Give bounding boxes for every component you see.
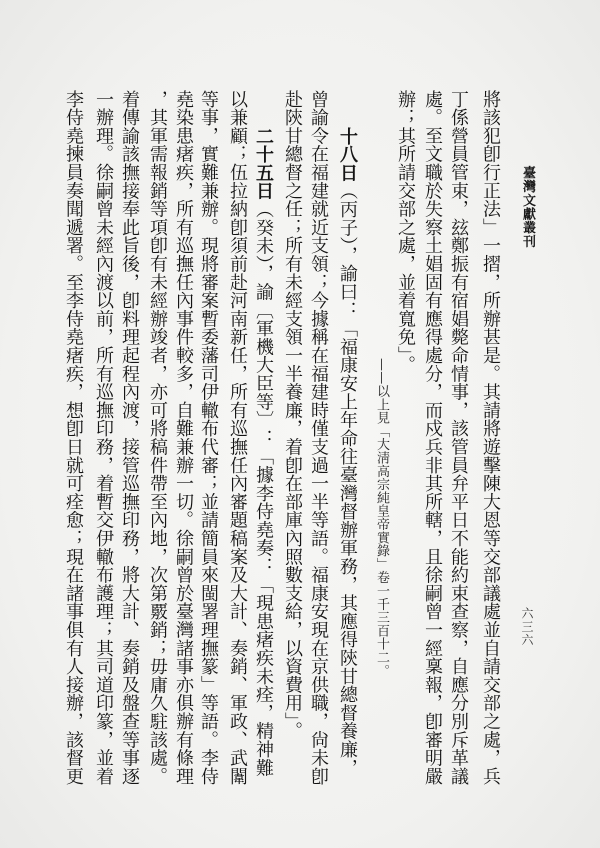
- text-column-13: 着傳諭該撫接奉此旨後，卽料理起程內渡，接管巡撫印務，將大計、奏銷及盤查等事逐: [118, 90, 140, 785]
- text-column-9: 以兼顧；伍拉納卽須前赴河南新任，所有巡撫任內審題稿案及大計、奏銷、軍政、武闈: [226, 90, 248, 785]
- scanned-page: 臺灣文獻叢刊 六三六 將該犯卽行正法」一摺，所辦甚是。其請將遊擊陳大恩等交部議處…: [0, 0, 600, 848]
- entry-25th-day: 二十五日（癸未），諭〔軍機大臣等〕：「據李侍堯奏：「現患瘏疾未痊，精神難: [252, 127, 274, 777]
- text-column-15: 李侍堯揀員奏聞遞署。至李侍堯瘏疾，想卽日就可痊愈；現在諸事俱有人接辦，該督更: [62, 90, 84, 785]
- text-column-7: 赴陝甘總督之任；所有未經支領一半養廉，着卽在部庫內照數支給，以資費用」。: [281, 90, 303, 740]
- text-column-3: 處。至文職於失察土娼固有應得處分，而戍兵非其所轄，且徐嗣曾一經稟報，卽審明嚴: [421, 90, 443, 785]
- entry-text: （癸未），諭〔軍機大臣等〕：「據李侍堯奏：「現患瘏疾未痊，精神難: [253, 200, 274, 777]
- text-column-12: ，其軍需報銷等項卽有未經辦竣者，亦可將稿件帶至內地，次第覈銷；毋庸久駐該處。: [146, 90, 168, 785]
- date-heading: 二十五日: [253, 127, 274, 200]
- entry-18th-day: 十八日（丙子），諭曰：「福康安上年命往臺灣督辦軍務，其應得陝甘總督養廉，: [336, 127, 358, 777]
- text-column-2: 丁係營員管束，玆鄭振有宿娼斃命情事，該管員弁平日不能約束查察，自應分別斥革議: [447, 90, 469, 785]
- text-column-10: 等事，實難兼辦。現將審案暫委藩司伊轍布代審；並請簡員來閩署理撫篆」等語。李侍: [197, 90, 219, 785]
- page-number: 六三六: [520, 607, 534, 647]
- text-column-4: 辦；其所請交部之處，並着寬免」。: [394, 90, 416, 374]
- entry-text: （丙子），諭曰：「福康安上年命往臺灣督辦軍務，其應得陝甘總督養廉，: [337, 182, 358, 777]
- text-column-6: 曾諭令在福建就近支領；今據稱在福建時僅支過一半等語。福康安現在京供職，尙未卽: [307, 90, 329, 785]
- text-column-1: 將該犯卽行正法」一摺，所辦甚是。其請將遊擊陳大恩等交部議處並自請交部之處，兵: [479, 90, 501, 785]
- text-column-11: 堯染患瘏疾，所有巡撫任內事件較多，自難兼辦一切。徐嗣曾於臺灣諸事亦俱辦有條理: [172, 90, 194, 785]
- series-title: 臺灣文獻叢刊: [519, 166, 535, 248]
- source-citation: ——以上見「大淸高宗純皇帝實錄」卷一千三百十二。: [373, 358, 389, 677]
- text-column-14: 一辦理。徐嗣曾未經內渡以前，所有巡撫印務，着暫交伊轍布護理；其司道印篆，並着: [92, 90, 114, 785]
- date-heading: 十八日: [337, 127, 358, 182]
